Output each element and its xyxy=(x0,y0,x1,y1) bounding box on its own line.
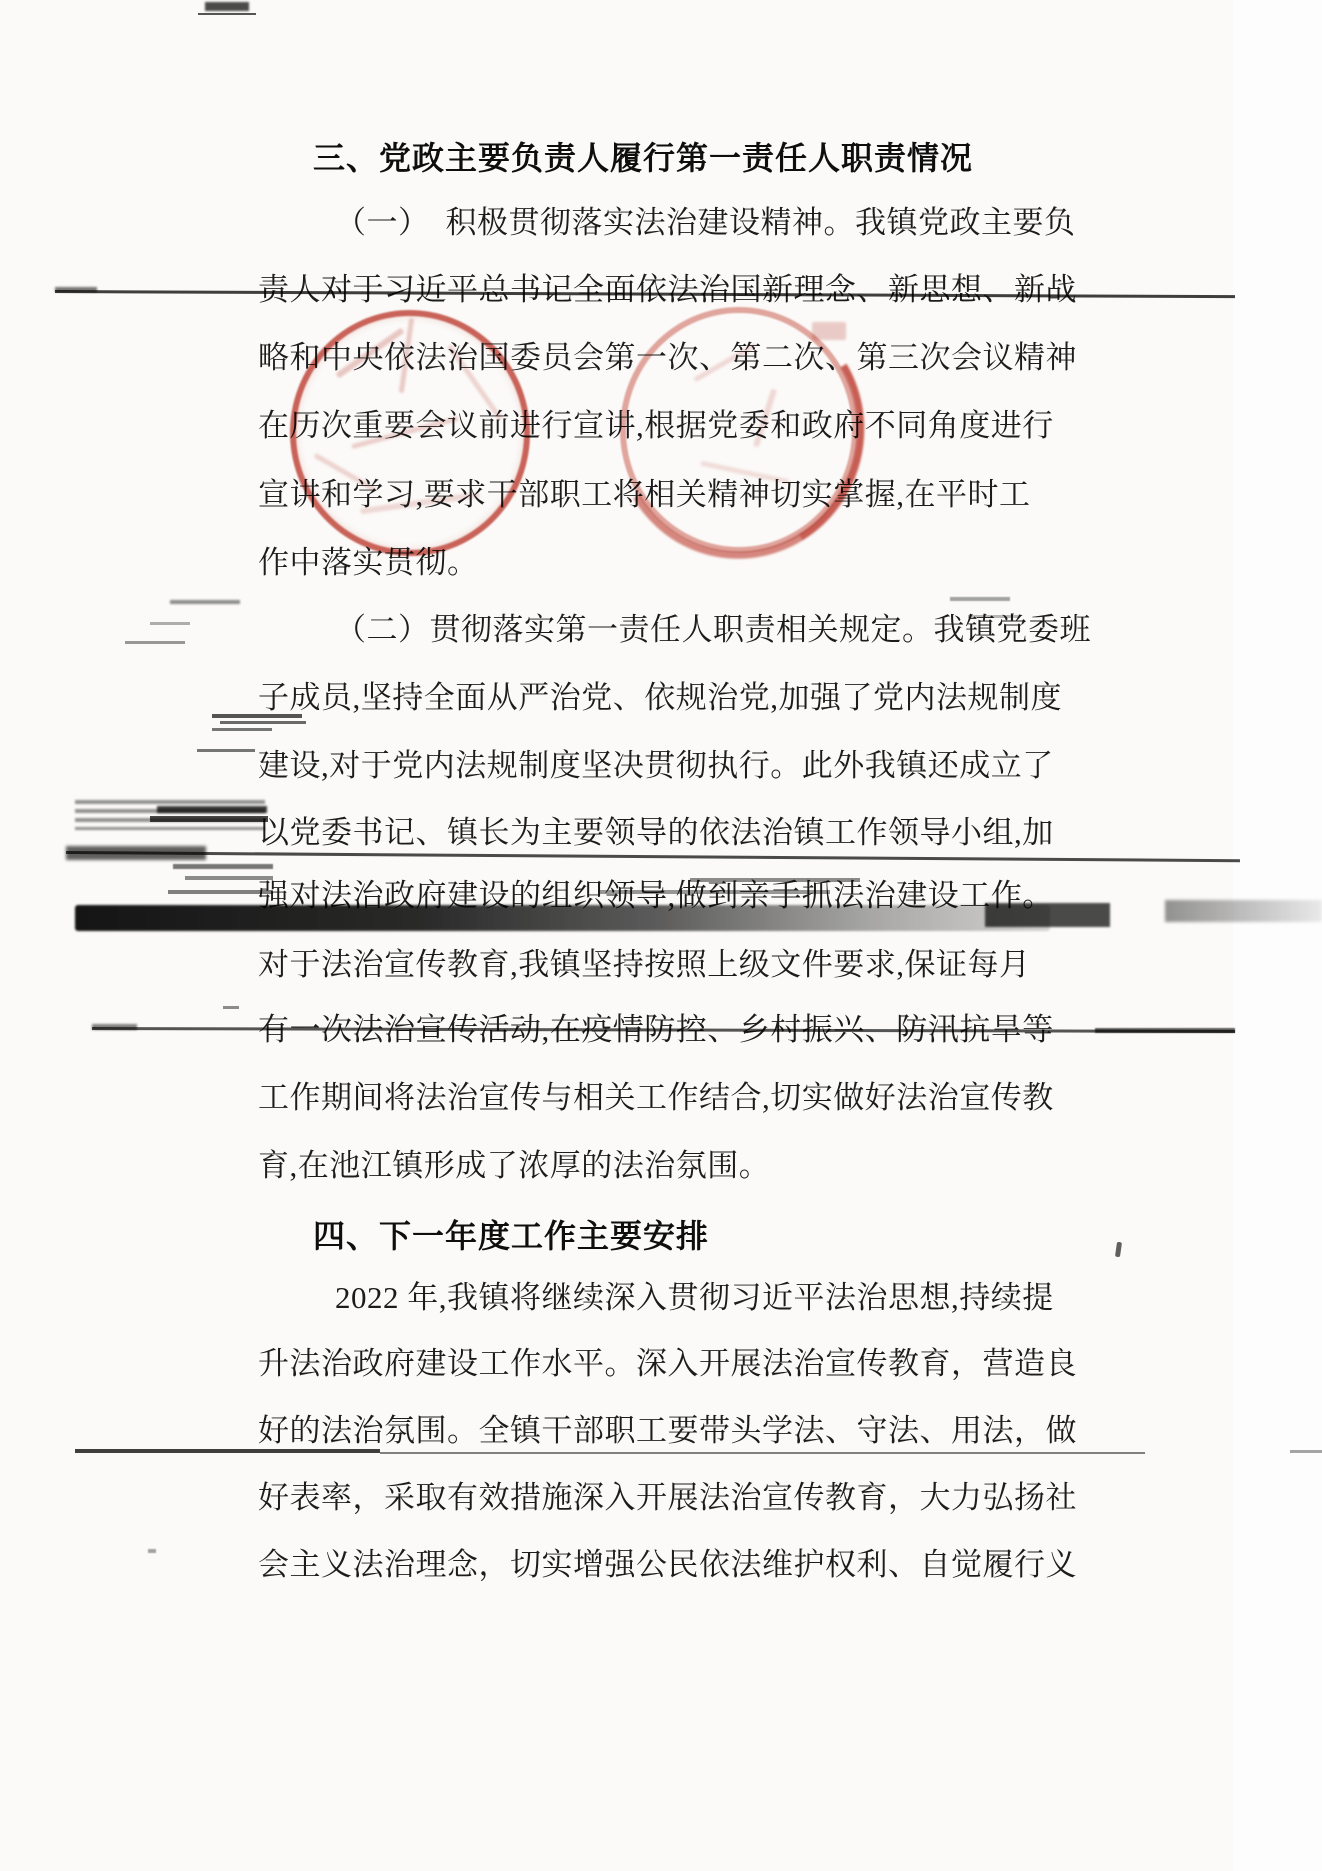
scan-smudge xyxy=(185,876,273,880)
scan-smudge xyxy=(220,721,306,724)
scan-band xyxy=(985,903,1110,927)
scan-smudge xyxy=(173,864,273,869)
text-line: （一） 积极贯彻落实法治建设精神。我镇党政主要负 xyxy=(258,205,1076,242)
scan-smudge xyxy=(150,816,268,822)
scan-smudge xyxy=(223,1006,239,1009)
scan-smudge xyxy=(55,287,97,292)
text-line: 责人对于习近平总书记全面依法治国新理念、新思想、新战 xyxy=(258,272,1077,309)
scan-line xyxy=(380,1452,1145,1454)
text-line: 好表率，采取有效措施深入开展法治宣传教育，大力弘扬社 xyxy=(258,1480,1077,1517)
scan-dot xyxy=(148,1549,156,1553)
section-heading: 三、党政主要负责人履行第一责任人职责情况 xyxy=(313,140,973,178)
scan-smudge xyxy=(168,890,273,894)
scan-smudge xyxy=(66,846,206,860)
scan-line xyxy=(198,13,256,15)
seal-smudge xyxy=(812,322,846,340)
scan-smudge xyxy=(212,728,272,731)
text-line: 升法治政府建设工作水平。深入开展法治宣传教育，营造良 xyxy=(258,1346,1077,1383)
section-heading: 四、下一年度工作主要安排 xyxy=(313,1218,709,1256)
scan-band xyxy=(75,905,1050,931)
scan-band xyxy=(1165,900,1322,922)
text-line: 对于法治宣传教育,我镇坚持按照上级文件要求,保证每月 xyxy=(258,947,1031,984)
scan-smudge xyxy=(950,597,1010,601)
scan-smudge xyxy=(212,714,302,718)
scan-smudge xyxy=(75,800,265,830)
scanned-document-page: 三、党政主要负责人履行第一责任人职责情况（一） 积极贯彻落实法治建设精神。我镇党… xyxy=(0,0,1322,1871)
scan-smudge xyxy=(205,2,249,11)
text-line: 子成员,坚持全面从严治党、依规治党,加强了党内法规制度 xyxy=(258,680,1062,717)
scan-smudge xyxy=(600,890,830,894)
scan-smudge xyxy=(125,641,185,644)
scan-smudge xyxy=(92,1024,137,1030)
text-line: 2022 年,我镇将继续深入贯彻习近平法治思想,持续提 xyxy=(258,1280,1054,1317)
scan-tone-boundary xyxy=(1233,0,1322,1871)
scan-smudge xyxy=(690,878,860,882)
scan-line xyxy=(75,1449,380,1453)
scan-smudge xyxy=(1095,1028,1235,1033)
text-line: 建设,对于党内法规制度坚决贯彻执行。此外我镇还成立了 xyxy=(258,748,1054,785)
text-line: 会主义法治理念，切实增强公民依法维护权利、自觉履行义 xyxy=(258,1547,1077,1584)
text-line: （二）贯彻落实第一责任人职责相关规定。我镇党委班 xyxy=(258,612,1091,649)
scan-tick-mark xyxy=(1115,1242,1122,1258)
text-line: 工作期间将法治宣传与相关工作结合,切实做好法治宣传教 xyxy=(258,1080,1054,1117)
scan-line xyxy=(66,851,1240,862)
scan-line xyxy=(197,749,255,752)
text-line: 育,在池江镇形成了浓厚的法治氛围。 xyxy=(258,1148,770,1185)
text-line: 以党委书记、镇长为主要领导的依法治镇工作领导小组,加 xyxy=(258,815,1054,852)
scan-smudge xyxy=(170,600,240,604)
scan-smudge xyxy=(968,615,1018,618)
scan-smudge xyxy=(157,806,267,813)
scan-line xyxy=(1290,1450,1322,1453)
scan-smudge xyxy=(150,622,190,625)
text-line: 好的法治氛围。全镇干部职工要带头学法、守法、用法，做 xyxy=(258,1413,1077,1450)
